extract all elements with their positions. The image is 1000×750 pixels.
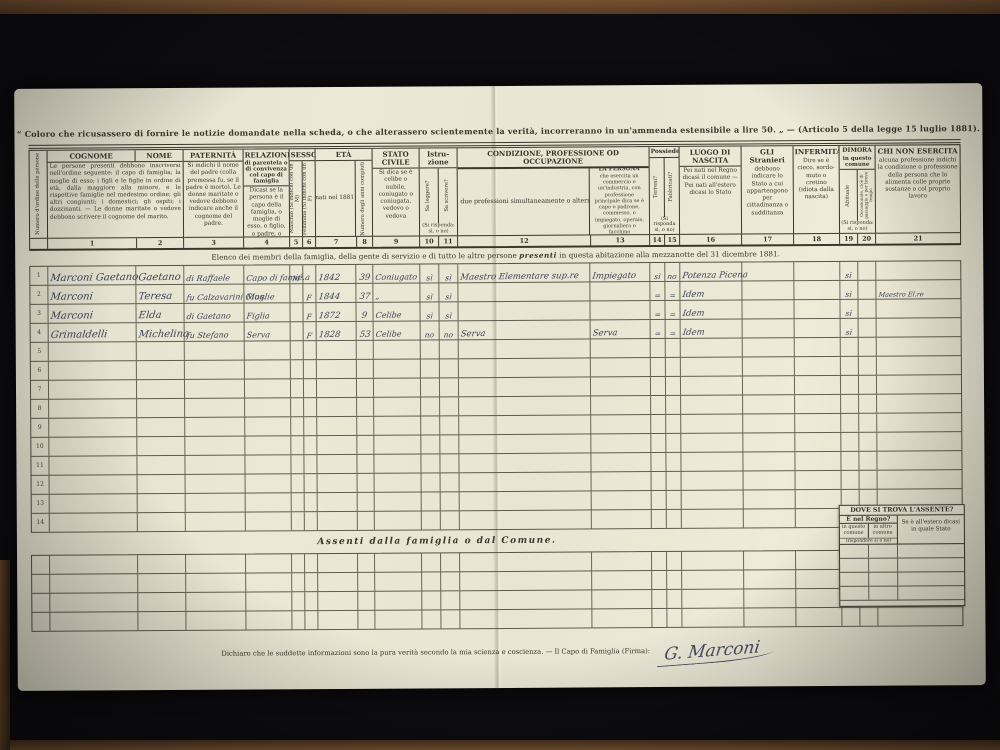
handwritten-entry: =	[669, 310, 676, 318]
cell-stato	[375, 492, 422, 510]
col-num: 13	[591, 235, 649, 245]
cell-luogo	[681, 377, 743, 395]
cell-persona	[592, 491, 652, 509]
col-header-chi-non-esercita: CHI NON ESERCITA alcuna professione indi…	[876, 145, 961, 244]
cell-fabbricati	[667, 590, 682, 608]
cell-anno	[317, 436, 357, 454]
cell-relazione: Figlia	[244, 303, 290, 321]
cell-f	[305, 474, 318, 492]
dove-si-trova-box: DOVE SI TROVA L'ASSENTE? È nel Regno? in…	[839, 504, 966, 607]
possiede-title: Possiede	[650, 147, 679, 158]
cell-stranieri	[743, 395, 795, 413]
cell-legge	[421, 416, 440, 434]
cell-paternita	[185, 418, 245, 436]
cell-stato	[375, 553, 422, 571]
cell-professione	[459, 453, 591, 472]
cell-n: 14	[32, 514, 50, 532]
cell-anno: 1842	[316, 265, 356, 283]
cell-stato	[374, 435, 421, 453]
cell-anni: 53	[357, 322, 374, 340]
cell-n: 13	[32, 495, 50, 513]
cell-anno	[317, 379, 357, 397]
cell-n	[32, 613, 50, 631]
cell-terreni	[651, 396, 666, 414]
handwritten-entry: 1844	[318, 292, 341, 301]
cell-anni	[358, 554, 375, 572]
col-header-luogo-nascita: LUOGO DI NASCITA Pei nati nel Regno dica…	[680, 147, 743, 245]
handwritten-entry: 39	[358, 273, 370, 282]
handwritten-entry: Gaetano	[138, 273, 182, 284]
cell-professione	[459, 339, 591, 358]
cell-nome	[137, 399, 185, 417]
cell-n: 11	[31, 457, 49, 475]
handwritten-entry: no	[667, 272, 677, 280]
cell-fabbricati	[667, 552, 682, 570]
cell-persona	[591, 453, 651, 471]
cell-terreni	[652, 552, 667, 570]
cell-infermita	[795, 357, 841, 375]
cell-luogo	[682, 571, 744, 589]
cell-legge	[421, 378, 440, 396]
fabbricati-label: Fabbricati?	[669, 172, 675, 202]
cell-persona	[592, 510, 652, 528]
cell-f	[304, 436, 317, 454]
cell-anno	[317, 455, 357, 473]
cell-f: F	[304, 322, 317, 340]
col-num: 16	[680, 235, 741, 245]
cell-occasionale	[859, 414, 877, 432]
cell-nome	[137, 418, 185, 436]
cell-terreni	[652, 609, 667, 627]
cell-stranieri	[743, 357, 795, 375]
cell-occasionale	[858, 281, 876, 299]
cell-abituale: sì	[840, 300, 858, 318]
cell-stato	[375, 511, 422, 529]
cell-professione: Serva	[459, 320, 591, 339]
dove-empty-rows	[840, 544, 964, 601]
handwritten-entry: 1872	[318, 311, 341, 320]
cell-fabbricati: =	[665, 282, 680, 300]
cell-luogo	[682, 510, 744, 528]
cell-anno	[318, 493, 358, 511]
cell-chi	[878, 470, 962, 489]
cell-scrive	[441, 553, 460, 571]
col-num: 3	[184, 238, 243, 248]
cell-luogo: Idem	[681, 320, 743, 338]
table-surface-bottom	[0, 740, 1000, 750]
handwritten-entry: F	[307, 332, 313, 340]
cell-infermita	[795, 433, 841, 451]
row-number: 13	[36, 500, 44, 507]
cell-f	[305, 512, 318, 530]
cell-relazione	[246, 512, 292, 530]
relazione-subtitle: di parentela o di convivenza col capo di…	[244, 160, 289, 186]
cell-cognome	[50, 574, 138, 593]
possiede-note: (Si risponda sì, o no)	[650, 216, 679, 234]
cell-stranieri	[744, 589, 796, 607]
handwritten-entry: F	[306, 313, 312, 321]
cell-stranieri	[744, 551, 796, 569]
col-header-condizione: CONDIZIONE, PROFESSIONE OD OCCUPAZIONE Q…	[458, 147, 651, 246]
cell-infermita	[795, 395, 841, 413]
la-persona-desc: che esercita un commercio o un'industria…	[590, 172, 649, 235]
handwritten-entry: 37	[358, 292, 370, 301]
cell-stato	[374, 359, 421, 377]
cell-legge	[422, 473, 441, 491]
istruzione-title: Istru-zione	[420, 148, 457, 168]
handwritten-entry: Impiegato	[592, 271, 637, 280]
elenco-presenti: presenti	[519, 251, 557, 260]
cell-m	[292, 512, 305, 530]
cell-cognome	[50, 593, 138, 612]
cell-nome	[138, 513, 186, 531]
cell-fabbricati	[666, 339, 681, 357]
handwritten-entry: F	[306, 294, 312, 302]
cell-occasionale	[859, 395, 877, 413]
cell-n: 5	[31, 343, 49, 361]
handwritten-entry: =	[669, 291, 676, 299]
condizione-desc: Quando la stessa persona esercita due pr…	[458, 196, 590, 208]
handwritten-entry: Coniugato	[375, 273, 418, 282]
cell-infermita	[796, 509, 842, 527]
handwritten-entry: no	[444, 331, 454, 339]
cell-paternita	[186, 555, 246, 573]
cell-abituale	[841, 433, 859, 451]
cell-n	[32, 556, 50, 574]
cell-m	[292, 493, 305, 511]
handwritten-entry: =	[654, 291, 661, 299]
cell-cognome	[49, 399, 137, 418]
cell-luogo	[681, 396, 743, 414]
handwritten-entry: sì	[426, 274, 433, 282]
col-header-infermita: INFERMITÀ Dire se è cieco, sordo-muto o …	[794, 146, 841, 244]
cell-occasionale	[858, 262, 876, 280]
cell-paternita	[185, 342, 245, 360]
cell-luogo	[681, 434, 743, 452]
cell-luogo	[681, 453, 743, 471]
table-surface-left	[0, 560, 10, 750]
cell-persona: Serva	[591, 320, 651, 338]
cell-cognome	[49, 380, 137, 399]
cell-n: 10	[31, 438, 49, 456]
cell-scrive: sì	[439, 283, 458, 301]
penalty-notice: “ Coloro che ricusassero di fornire le n…	[14, 123, 982, 139]
cell-legge	[421, 435, 440, 453]
cell-occasionale	[858, 300, 876, 318]
cell-m	[291, 417, 304, 435]
cell-stranieri	[743, 319, 795, 337]
chi-desc: alcuna professione indichi la condizione…	[876, 156, 960, 232]
cell-chi	[876, 299, 960, 318]
cell-persona: Impiegato	[590, 263, 650, 281]
cell-anni	[357, 379, 374, 397]
cell-paternita	[185, 399, 245, 417]
cell-chi	[877, 318, 961, 337]
cell-occasionale	[859, 338, 877, 356]
cell-luogo: Idem	[680, 282, 742, 300]
cell-abituale: sì	[840, 281, 858, 299]
cell-nome	[137, 342, 185, 360]
assenti-heading: Assenti dalla famiglia o dal Comune.	[31, 533, 963, 549]
cell-persona	[592, 472, 652, 490]
cell-scrive: no	[440, 321, 459, 339]
handwritten-entry: Elda	[138, 311, 162, 321]
row-number: 10	[36, 443, 44, 450]
col-num: 10	[420, 236, 439, 246]
cell-f	[304, 417, 317, 435]
handwritten-entry: Figlia	[246, 312, 270, 320]
cell-paternita	[186, 475, 246, 493]
cell-fabbricati: =	[665, 301, 680, 319]
cell-terreni	[651, 358, 666, 376]
cell-cognome	[49, 418, 137, 437]
cell-persona	[591, 396, 651, 414]
cell-stranieri	[744, 608, 796, 626]
cell-anni	[358, 611, 375, 629]
cell-persona	[592, 571, 652, 589]
cell-anni	[357, 455, 374, 473]
handwritten-entry: =	[669, 329, 676, 337]
cell-anno	[317, 341, 357, 359]
cell-chi	[878, 607, 962, 626]
cell-fabbricati	[666, 415, 681, 433]
cell-terreni	[652, 590, 667, 608]
cell-legge	[421, 340, 440, 358]
declaration-text: Dichiaro che le suddette informazioni so…	[221, 647, 650, 658]
cell-cognome	[50, 555, 138, 574]
handwritten-entry: Celibe	[375, 330, 402, 338]
col-num: 20	[858, 234, 875, 244]
cell-anni	[358, 592, 375, 610]
col-header-cognome-nome: COGNOME NOME Le persone presenti debbono…	[48, 150, 185, 249]
col-num	[30, 239, 47, 249]
col-num: 7	[316, 237, 357, 247]
cell-persona	[592, 552, 652, 570]
cell-scrive	[440, 435, 459, 453]
cell-scrive	[441, 591, 460, 609]
cell-infermita	[795, 338, 841, 356]
dove-row	[840, 572, 964, 587]
cell-stranieri	[743, 452, 795, 470]
terreni-label: Terreni?	[654, 176, 660, 198]
chi-title: CHI NON ESERCITA	[876, 145, 960, 157]
cell-scrive: sì	[439, 302, 458, 320]
cell-stato: Coniugato	[373, 264, 420, 282]
cell-stranieri	[742, 262, 794, 280]
cell-relazione	[246, 493, 292, 511]
handwritten-entry: sì	[445, 293, 452, 301]
cell-relazione	[245, 417, 291, 435]
cell-occasionale	[859, 357, 877, 375]
cell-f	[304, 398, 317, 416]
cell-terreni: =	[650, 301, 665, 319]
cell-professione	[459, 434, 591, 453]
istruzione-note: (Si risponda: sì, o no)	[420, 223, 457, 235]
handwritten-entry: sì	[445, 312, 452, 320]
handwritten-entry: sì	[654, 272, 661, 280]
cell-stranieri	[742, 300, 794, 318]
cell-luogo	[682, 552, 744, 570]
cell-scrive	[441, 511, 460, 529]
cell-infermita	[794, 262, 840, 280]
col-num: 12	[458, 235, 591, 246]
cell-f	[304, 360, 317, 378]
cell-legge	[422, 553, 441, 571]
cell-legge: sì	[420, 302, 439, 320]
row-number: 7	[38, 386, 42, 393]
cell-nome	[138, 555, 186, 573]
col-num: 19	[840, 234, 858, 244]
relazione-desc: Dicasi se la persona è il capo della fam…	[244, 187, 289, 237]
stranieri-desc: debbono indicare lo Stato a cui apparten…	[742, 165, 793, 233]
cell-fabbricati	[667, 491, 682, 509]
col-num: 21	[876, 233, 960, 244]
luogo-desc: Pei nati nel Regno dicasi il comune — Pe…	[680, 167, 741, 234]
cell-anni: 37	[356, 284, 373, 302]
cell-paternita	[185, 380, 245, 398]
cell-fabbricati	[666, 396, 681, 414]
cell-relazione	[246, 474, 292, 492]
handwritten-entry: Moglie	[246, 293, 275, 301]
cell-luogo	[681, 339, 743, 357]
row-number: 5	[37, 348, 41, 355]
cell-paternita: di Gaetano	[184, 304, 244, 322]
cell-n: 7	[31, 381, 49, 399]
dove-row	[840, 558, 964, 573]
cell-f	[305, 554, 318, 572]
cell-paternita	[186, 513, 246, 531]
handwritten-entry: di Raffaele	[186, 274, 231, 283]
handwritten-entry: Marconi	[50, 292, 94, 303]
sesso-f-label: Femmina (Si indichi con un F)	[303, 161, 315, 236]
cell-chi	[877, 356, 961, 375]
cell-scrive	[440, 397, 459, 415]
col-header-stranieri: GLI Stranieri debbono indicare lo Stato …	[742, 146, 795, 244]
cell-chi: Maestro El.re	[876, 280, 960, 299]
col-num: 9	[373, 236, 419, 246]
handwritten-entry: 9	[361, 311, 367, 320]
cell-terreni	[652, 571, 667, 589]
cell-infermita	[796, 471, 842, 489]
cell-stato	[375, 610, 422, 628]
cell-professione	[459, 415, 591, 434]
cell-fabbricati	[666, 358, 681, 376]
col-header-possiede: Possiede Terreni? Fabbricati? (Si rispon…	[650, 147, 681, 245]
handwritten-entry: Maestro Elementare sup.re	[460, 271, 580, 281]
cell-stato: Celibe	[374, 321, 421, 339]
row-number: 14	[36, 519, 44, 526]
cell-relazione	[246, 592, 292, 610]
cell-anni	[357, 417, 374, 435]
cell-scrive	[441, 473, 460, 491]
col-header-relazione: RELAZIONE di parentela o di convivenza c…	[244, 149, 291, 247]
cell-occasionale	[859, 433, 877, 451]
handwritten-entry: Grimaldelli	[50, 330, 108, 341]
cell-scrive	[441, 572, 460, 590]
sa-leggere-label: Sa leggere?	[426, 180, 432, 211]
cell-paternita	[186, 612, 246, 630]
cell-anno	[318, 573, 358, 591]
cell-paternita: fu Calzavarini Gius.	[184, 285, 244, 303]
cell-chi	[877, 451, 961, 470]
cell-n: 3	[30, 305, 48, 323]
row-number: 3	[37, 310, 41, 317]
cell-legge	[422, 572, 441, 590]
census-table: Numero d'ordine delle persone COGNOME NO…	[29, 139, 964, 664]
cell-anno: 1844	[316, 284, 356, 302]
cell-fabbricati	[666, 434, 681, 452]
cell-persona	[592, 590, 652, 608]
cell-persona	[591, 358, 651, 376]
cell-abituale	[842, 471, 860, 489]
cell-paternita	[186, 574, 246, 592]
cell-anno	[318, 554, 358, 572]
infermita-title: INFERMITÀ	[794, 146, 839, 157]
cell-nome	[138, 475, 186, 493]
cell-professione	[459, 358, 591, 377]
handwritten-entry: Idem	[682, 290, 705, 299]
cell-occasionale	[860, 471, 878, 489]
col-num: 2	[137, 238, 183, 248]
cell-anni	[357, 398, 374, 416]
handwritten-entry: sì	[445, 274, 452, 282]
cell-anno	[318, 592, 358, 610]
cell-scrive	[440, 359, 459, 377]
cell-scrive	[441, 610, 460, 628]
cell-stato: Celibe	[373, 302, 420, 320]
cell-f: F	[303, 284, 316, 302]
cell-stranieri	[743, 433, 795, 451]
handwritten-entry: Serva	[246, 331, 270, 339]
cell-fabbricati	[666, 453, 681, 471]
cell-stranieri	[744, 471, 796, 489]
eta-title: ETÀ	[316, 149, 372, 161]
cell-terreni	[652, 491, 667, 509]
cell-legge	[422, 511, 441, 529]
cell-m	[290, 303, 303, 321]
handwritten-entry: sì	[845, 271, 852, 279]
cell-abituale	[842, 608, 860, 626]
col-num: 15	[665, 235, 679, 245]
cell-m	[292, 592, 305, 610]
cell-cognome	[49, 361, 137, 380]
dove-row	[840, 586, 964, 601]
dove-header: È nel Regno? in questo comune in altro c…	[840, 515, 964, 544]
cell-nome: Elda	[136, 304, 184, 322]
sesso-m-label: Maschio (Si indichi con un M)	[290, 161, 302, 236]
col-header-eta: ETÀ Anno di nascita — Pei nati nel 1881 …	[316, 149, 374, 247]
cell-chi	[876, 261, 960, 280]
cell-abituale: sì	[841, 319, 859, 337]
cell-terreni: =	[650, 282, 665, 300]
cell-professione	[460, 552, 592, 571]
cell-infermita	[795, 319, 841, 337]
cell-occasionale	[860, 608, 878, 626]
cell-m	[291, 436, 304, 454]
cell-terreni	[651, 434, 666, 452]
row-number: 11	[36, 462, 44, 469]
cell-luogo	[682, 472, 744, 490]
cell-legge: no	[421, 321, 440, 339]
cell-anni: 9	[356, 303, 373, 321]
cell-n: 4	[31, 324, 49, 342]
cell-infermita	[796, 490, 842, 508]
cell-persona	[590, 301, 650, 319]
col-num: 14	[650, 235, 665, 245]
cell-anni	[358, 474, 375, 492]
handwritten-entry: sì	[426, 293, 433, 301]
cell-terreni	[652, 472, 667, 490]
